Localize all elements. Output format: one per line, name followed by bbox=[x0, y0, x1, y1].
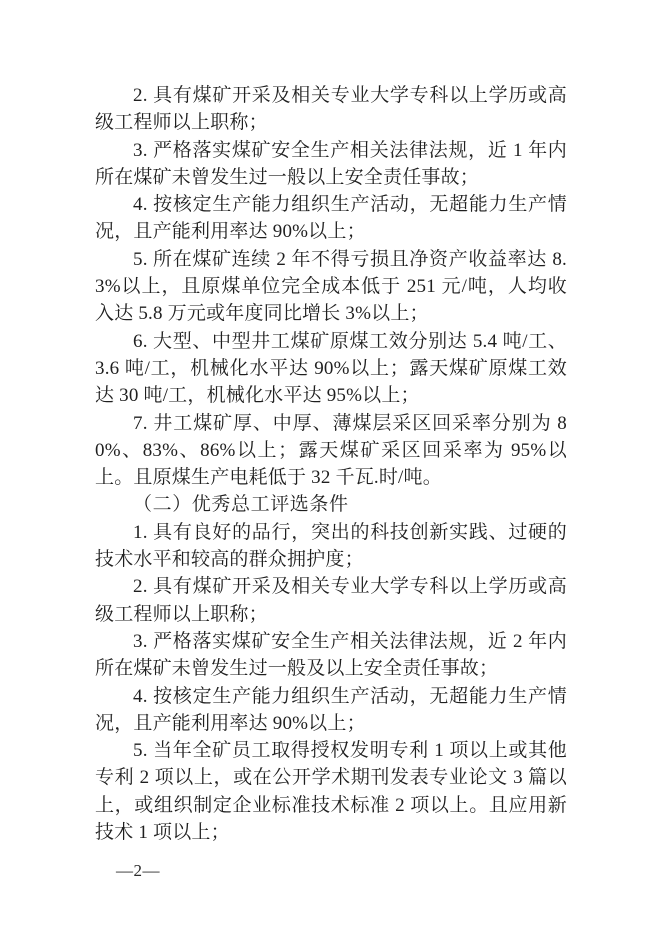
body-paragraph: 4. 按核定生产能力组织生产活动，无超能力生产情况，且产能利用率达 90%以上； bbox=[95, 191, 567, 246]
body-paragraph: 1. 具有良好的品行，突出的科技创新实践、过硬的技术水平和较高的群众拥护度； bbox=[95, 519, 567, 574]
body-paragraph: 3. 严格落实煤矿安全生产相关法律法规，近 1 年内所在煤矿未曾发生过一般以上安… bbox=[95, 137, 567, 192]
document-page: 2. 具有煤矿开采及相关专业大学专科以上学历或高级工程师以上职称；3. 严格落实… bbox=[0, 0, 665, 939]
body-paragraph: 4. 按核定生产能力组织生产活动，无超能力生产情况，且产能利用率达 90%以上； bbox=[95, 683, 567, 738]
body-paragraph: 6. 大型、中型井工煤矿原煤工效分别达 5.4 吨/工、3.6 吨/工，机械化水… bbox=[95, 328, 567, 410]
page-number: —2— bbox=[116, 861, 160, 881]
body-paragraph: 5. 当年全矿员工取得授权发明专利 1 项以上或其他专利 2 项以上，或在公开学… bbox=[95, 737, 567, 846]
document-body: 2. 具有煤矿开采及相关专业大学专科以上学历或高级工程师以上职称；3. 严格落实… bbox=[95, 82, 567, 846]
body-paragraph: 5. 所在煤矿连续 2 年不得亏损且净资产收益率达 8.3%以上，且原煤单位完全… bbox=[95, 246, 567, 328]
body-paragraph: 2. 具有煤矿开采及相关专业大学专科以上学历或高级工程师以上职称； bbox=[95, 573, 567, 628]
body-paragraph: 3. 严格落实煤矿安全生产相关法律法规，近 2 年内所在煤矿未曾发生过一般及以上… bbox=[95, 628, 567, 683]
body-paragraph: 2. 具有煤矿开采及相关专业大学专科以上学历或高级工程师以上职称； bbox=[95, 82, 567, 137]
body-paragraph: 7. 井工煤矿厚、中厚、薄煤层采区回采率分别为 80%、83%、86%以上；露天… bbox=[95, 410, 567, 492]
section-heading: （二）优秀总工评选条件 bbox=[95, 491, 567, 518]
